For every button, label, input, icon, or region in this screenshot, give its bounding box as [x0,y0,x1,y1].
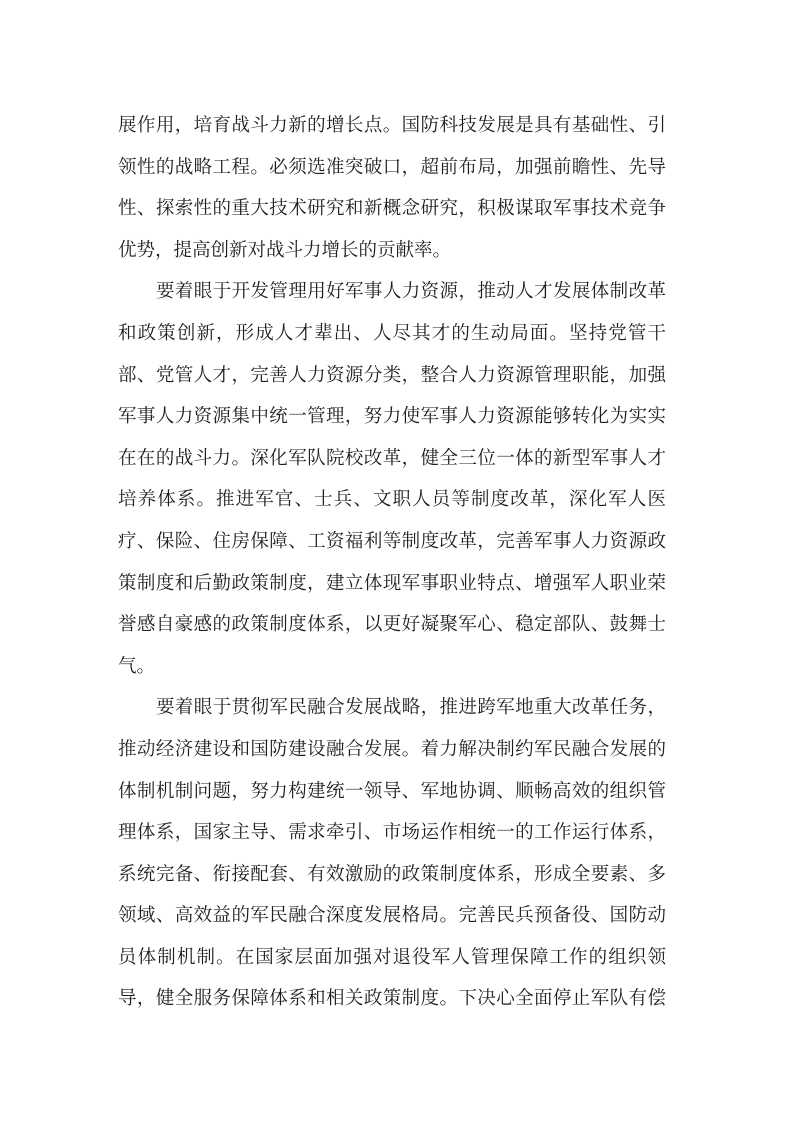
text-line: 要着眼于开发管理用好军事人力资源，推动人才发展体制改革 [118,270,666,312]
text-line: 体制机制问题，努力构建统一领导、军地协调、顺畅高效的组织管 [118,770,666,812]
paragraph-1: 展作用，培育战斗力新的增长点。国防科技发展是具有基础性、引 领性的战略工程。必须… [118,104,666,270]
paragraph-2: 要着眼于开发管理用好军事人力资源，推动人才发展体制改革 和政策创新，形成人才辈出… [118,270,666,686]
text-line: 策制度和后勤政策制度，建立体现军事职业特点、增强军人职业荣 [118,562,666,604]
text-line: 推动经济建设和国防建设融合发展。着力解决制约军民融合发展的 [118,728,666,770]
text-line: 和政策创新，形成人才辈出、人尽其才的生动局面。坚持党管干 [118,312,666,354]
text-line: 军事人力资源集中统一管理，努力使军事人力资源能够转化为实实 [118,395,666,437]
text-line: 气。 [118,645,666,687]
text-line: 要着眼于贯彻军民融合发展战略，推进跨军地重大改革任务， [118,686,666,728]
paragraph-3: 要着眼于贯彻军民融合发展战略，推进跨军地重大改革任务， 推动经济建设和国防建设融… [118,686,666,1019]
text-line: 领性的战略工程。必须选准突破口，超前布局，加强前瞻性、先导 [118,146,666,188]
text-line: 部、党管人才，完善人力资源分类，整合人力资源管理职能，加强 [118,354,666,396]
document-page: 展作用，培育战斗力新的增长点。国防科技发展是具有基础性、引 领性的战略工程。必须… [0,0,800,1130]
text-line: 在在的战斗力。深化军队院校改革，健全三位一体的新型军事人才 [118,437,666,479]
text-line: 导，健全服务保障体系和相关政策制度。下决心全面停止军队有偿 [118,977,666,1019]
document-body: 展作用，培育战斗力新的增长点。国防科技发展是具有基础性、引 领性的战略工程。必须… [118,104,666,1019]
text-line: 优势，提高创新对战斗力增长的贡献率。 [118,229,666,271]
text-line: 员体制机制。在国家层面加强对退役军人管理保障工作的组织领 [118,936,666,978]
text-line: 培养体系。推进军官、士兵、文职人员等制度改革，深化军人医 [118,478,666,520]
text-line: 展作用，培育战斗力新的增长点。国防科技发展是具有基础性、引 [118,104,666,146]
text-line: 系统完备、衔接配套、有效激励的政策制度体系，形成全要素、多 [118,853,666,895]
text-line: 理体系，国家主导、需求牵引、市场运作相统一的工作运行体系， [118,811,666,853]
text-line: 领域、高效益的军民融合深度发展格局。完善民兵预备役、国防动 [118,894,666,936]
text-line: 性、探索性的重大技术研究和新概念研究，积极谋取军事技术竞争 [118,187,666,229]
text-line: 誉感自豪感的政策制度体系，以更好凝聚军心、稳定部队、鼓舞士 [118,603,666,645]
text-line: 疗、保险、住房保障、工资福利等制度改革，完善军事人力资源政 [118,520,666,562]
